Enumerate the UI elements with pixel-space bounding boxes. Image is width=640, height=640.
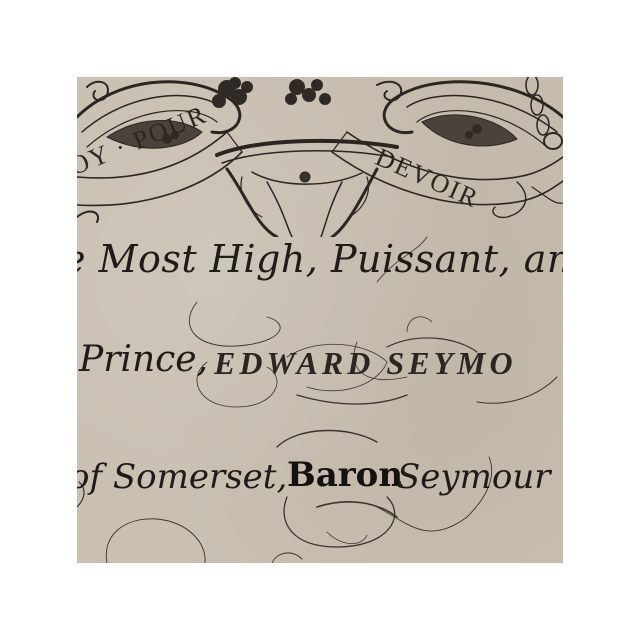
- dedication-line-1: e Most High, Puissant, an: [77, 237, 563, 281]
- rococo-cartouche-engraving: [77, 77, 563, 237]
- page-frame: OY · POUR DEVOIR: [0, 0, 640, 640]
- dedication-line-3-suffix: Seymour: [397, 457, 550, 497]
- dedication-title: Baron: [287, 455, 403, 495]
- dedication-line-3-prefix: of Somerset,: [77, 457, 287, 497]
- dedication-line-2-prefix: Prince,: [79, 339, 208, 380]
- engraved-document: OY · POUR DEVOIR: [77, 77, 563, 563]
- dedication-name: EDWARD SEYMO: [214, 345, 517, 382]
